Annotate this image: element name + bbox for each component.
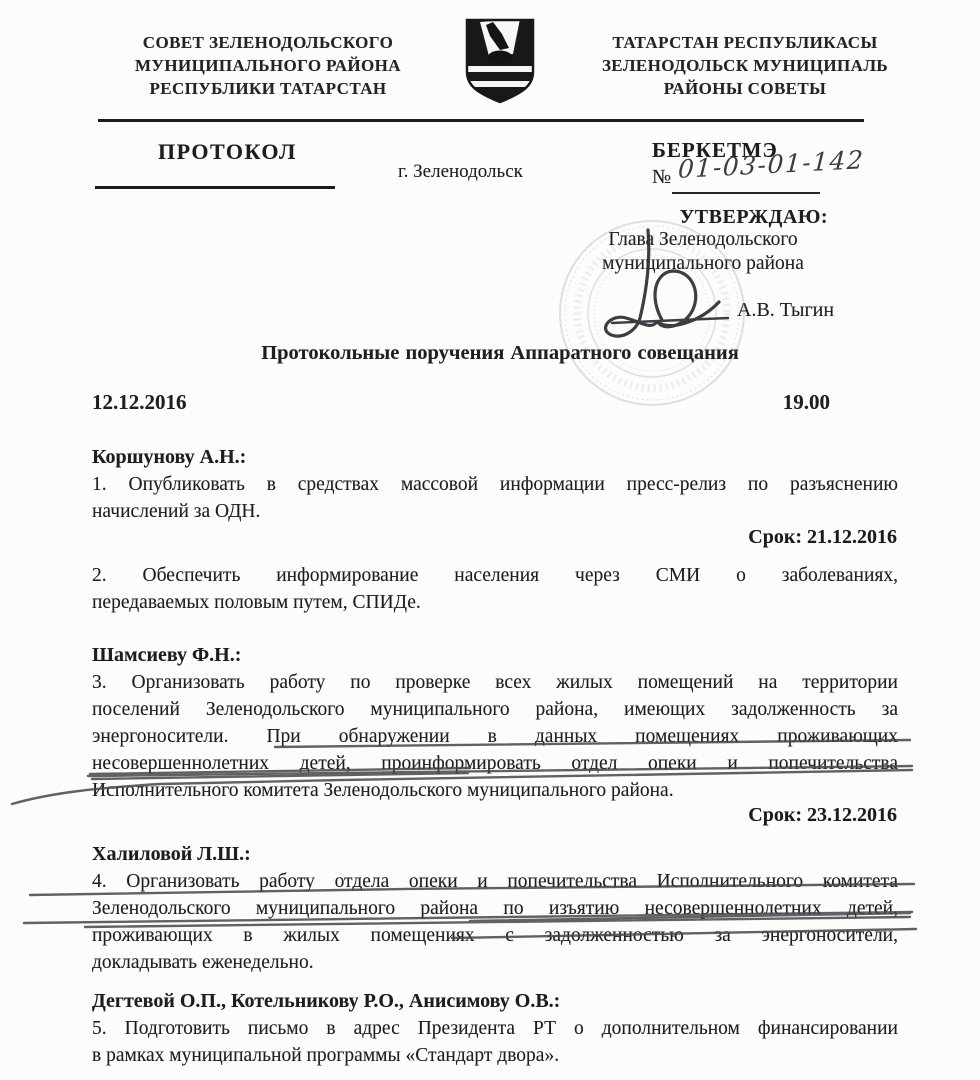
item-text-line: энергоносители. При обнаружении в данных… bbox=[92, 725, 898, 749]
item-text-line: начислений за ОДН. bbox=[92, 500, 898, 524]
item-text-line: 5. Подготовить письмо в адрес Президента… bbox=[92, 1017, 898, 1041]
meeting-date: 12.12.2016 bbox=[92, 390, 187, 415]
approval-label: УТВЕРЖДАЮ: bbox=[680, 206, 828, 229]
deadline-label: Срок: 21.12.2016 bbox=[748, 526, 897, 549]
approver-name: А.В. Тыгин bbox=[737, 299, 834, 322]
letterhead-divider bbox=[98, 119, 864, 122]
city-label: г. Зеленодольск bbox=[398, 161, 523, 183]
doc-type-ru: ПРОТОКОЛ bbox=[158, 139, 297, 165]
addressee-heading: Дегтевой О.П., Котельникову Р.О., Анисим… bbox=[92, 990, 898, 1013]
item-text-line: передаваемых половым путем, СПИДе. bbox=[92, 591, 898, 615]
item-text-line: в рамках муниципальной программы «Станда… bbox=[92, 1044, 898, 1068]
org-name-ru-line: МУНИЦИПАЛЬНОГО РАЙОНА bbox=[135, 54, 401, 77]
org-name-tat-line: ТАТАРСТАН РЕСПУБЛИКАСЫ bbox=[612, 31, 877, 54]
number-underline bbox=[672, 192, 820, 194]
addressee-heading: Шамсиеву Ф.Н.: bbox=[92, 644, 898, 667]
item-text-line: 1. Опубликовать в средствах массовой инф… bbox=[92, 473, 898, 497]
meeting-time: 19.00 bbox=[783, 390, 830, 415]
org-name-ru-line: СОВЕТ ЗЕЛЕНОДОЛЬСКОГО bbox=[143, 31, 393, 54]
org-name-tat-line: ЗЕЛЕНОДОЛЬСК МУНИЦИПАЛЬ bbox=[602, 54, 888, 77]
deadline-label: Срок: 23.12.2016 bbox=[748, 804, 897, 827]
item-text-line: поселений Зеленодольского муниципального… bbox=[92, 698, 898, 722]
item-text-line: Зеленодольского муниципального района по… bbox=[92, 897, 898, 921]
item-text-line: 3. Организовать работу по проверке всех … bbox=[92, 671, 898, 695]
item-text-line: 2. Обеспечить информирование населения ч… bbox=[92, 564, 898, 588]
item-text-line: несовершеннолетних детей, проинформирова… bbox=[92, 752, 898, 776]
scanned-protocol-document: СОВЕТ ЗЕЛЕНОДОЛЬСКОГО МУНИЦИПАЛЬНОГО РАЙ… bbox=[0, 0, 980, 1080]
item-text-line: Исполнительного комитета Зеленодольского… bbox=[92, 779, 898, 803]
item-text-line: докладывать еженедельно. bbox=[92, 951, 898, 975]
coat-of-arms-icon bbox=[463, 17, 537, 105]
item-text-line: 4. Организовать работу отдела опеки и по… bbox=[92, 870, 898, 894]
doc-type-underline bbox=[95, 186, 335, 189]
org-name-tat-line: РАЙОНЫ СОВЕТЫ bbox=[664, 77, 827, 100]
addressee-heading: Халиловой Л.Ш.: bbox=[92, 843, 898, 866]
approver-title-line: Глава Зеленодольского bbox=[553, 229, 853, 251]
org-name-ru-line: РЕСПУБЛИКИ ТАТАРСТАН bbox=[149, 77, 386, 100]
approver-title-line: муниципального района bbox=[553, 253, 853, 275]
addressee-heading: Коршунову А.Н.: bbox=[92, 446, 898, 469]
item-text-line: проживающих в жилых помещениях с задолже… bbox=[92, 924, 898, 948]
document-title: Протокольные поручения Аппаратного совещ… bbox=[90, 342, 910, 365]
number-sign: № bbox=[652, 166, 671, 189]
